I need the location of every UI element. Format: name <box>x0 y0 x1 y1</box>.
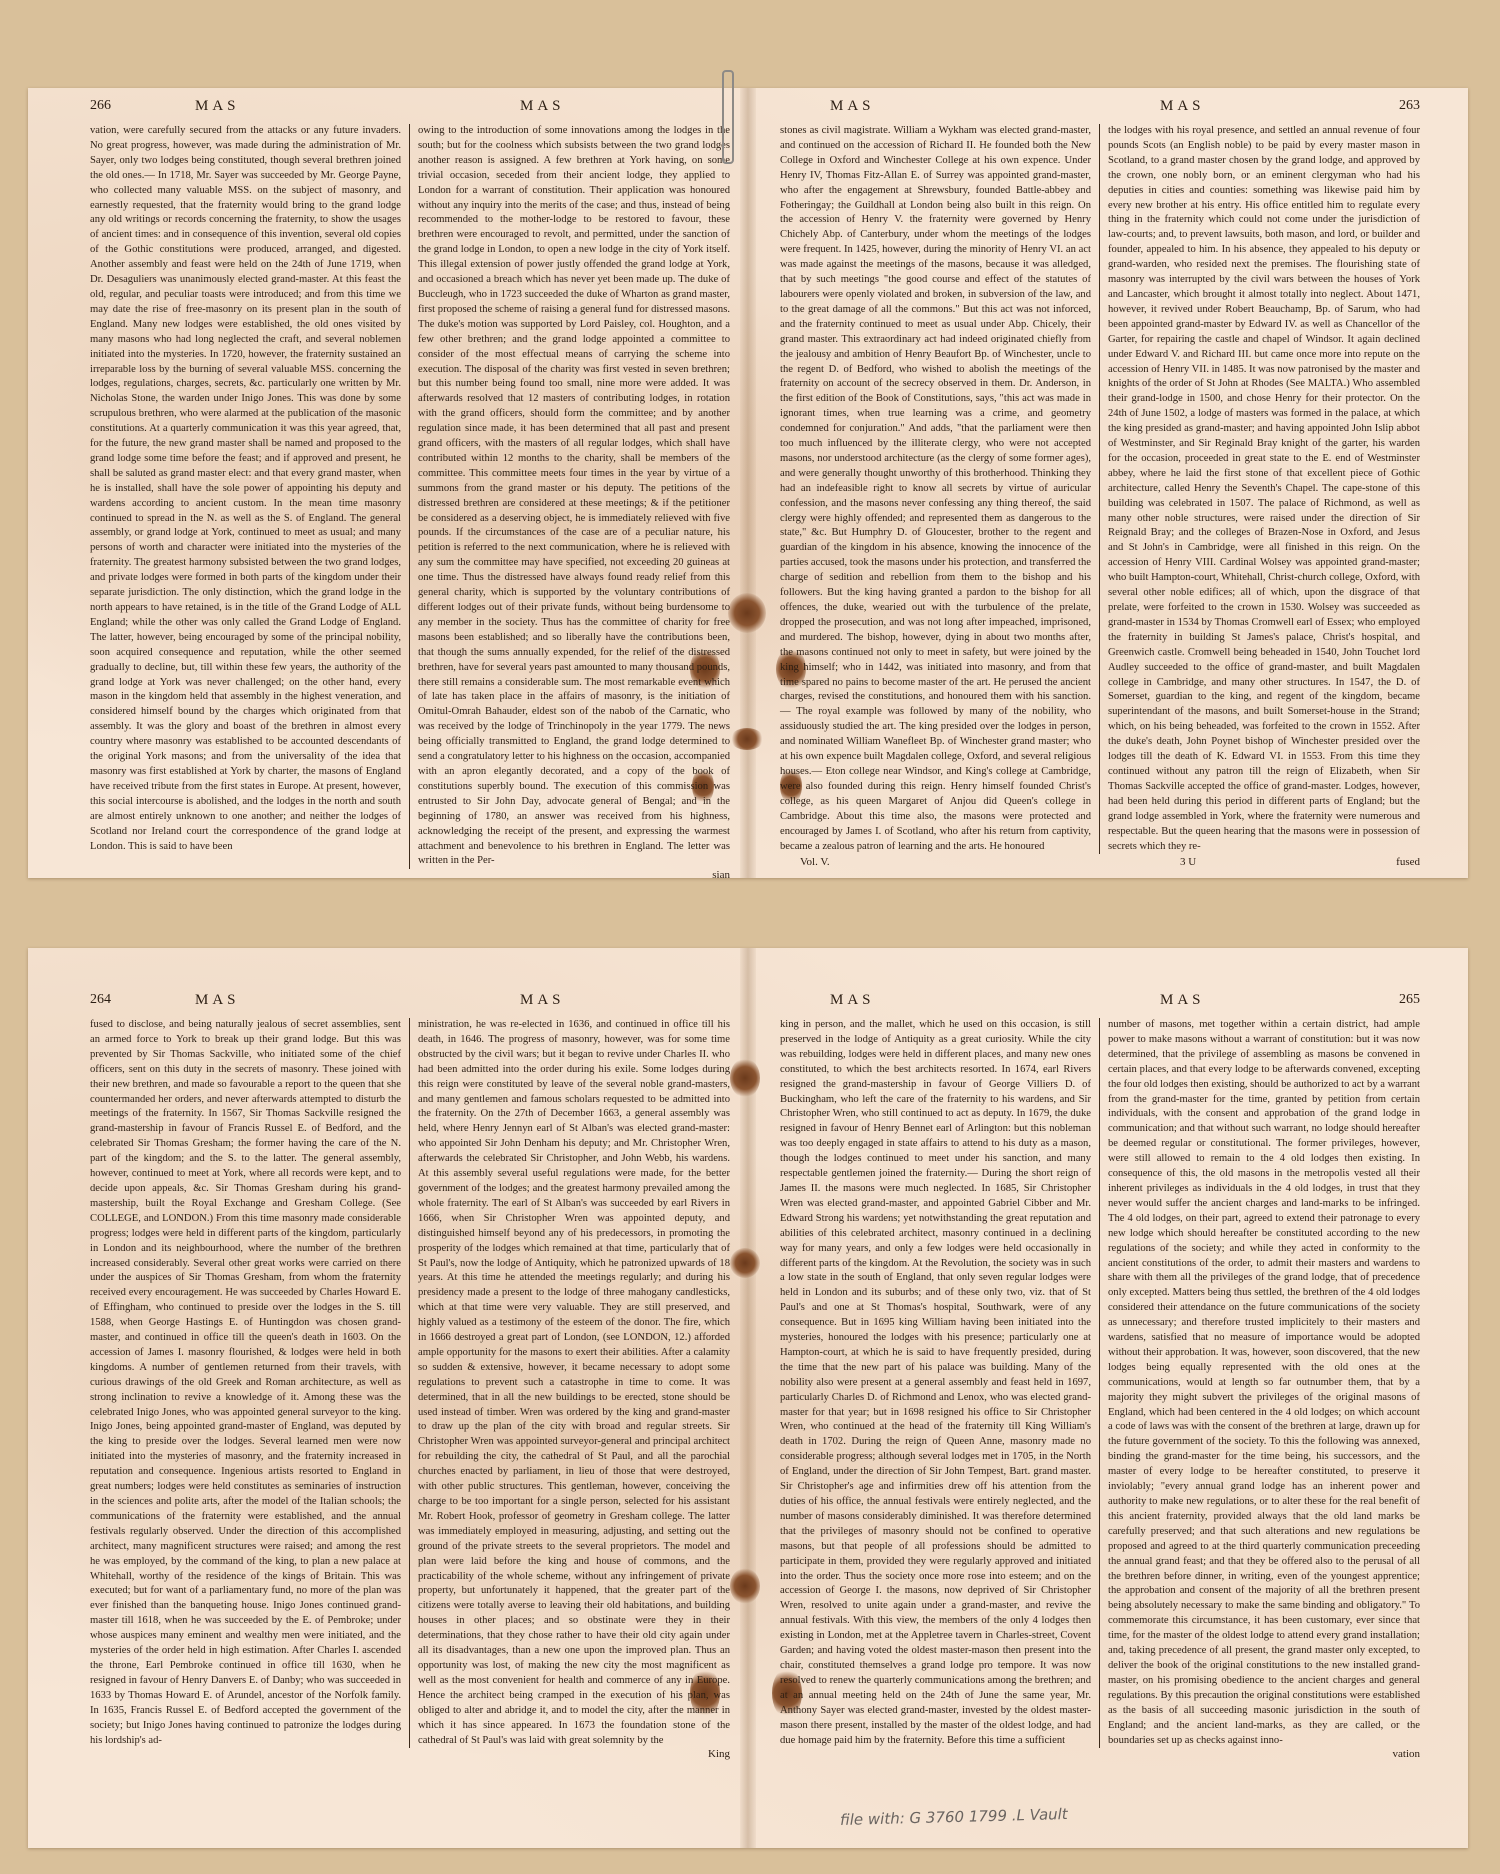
running-head: 264 MAS MAS <box>90 992 730 1018</box>
page-number: 266 <box>90 98 111 114</box>
text-column-1: king in person, and the mallet, which he… <box>780 1018 1100 1748</box>
page-footer: Vol. V. 3 U fused <box>780 856 1420 872</box>
page-266: 266 MAS MAS vation, were carefully secur… <box>90 98 730 878</box>
paper-clip-icon <box>722 70 734 164</box>
binding-stain <box>730 1058 760 1098</box>
binding-stain <box>730 728 764 750</box>
running-head-left: MAS <box>195 992 240 1009</box>
page-265: MAS MAS 265 king in person, and the mall… <box>780 992 1420 1760</box>
text-column-2: number of masons, met together within a … <box>1100 1018 1420 1748</box>
binding-stain <box>730 1248 760 1278</box>
running-head: MAS MAS 263 <box>780 98 1420 124</box>
catchword: fused <box>1396 856 1420 868</box>
running-head-left: MAS <box>195 98 240 115</box>
text-column-2: ministration, he was re-elected in 1636,… <box>410 1018 730 1748</box>
catchword: vation <box>780 1748 1420 1760</box>
text-columns: fused to disclose, and being naturally j… <box>90 1018 730 1748</box>
spread-pages-266-263: 266 MAS MAS vation, were carefully secur… <box>28 88 1468 878</box>
text-column-1: vation, were carefully secured from the … <box>90 124 410 869</box>
text-columns: stones as civil magistrate. William a Wy… <box>780 124 1420 854</box>
catchword: King <box>90 1748 730 1760</box>
text-columns: vation, were carefully secured from the … <box>90 124 730 869</box>
binding-stain <box>730 1568 760 1604</box>
running-head-right: MAS <box>520 992 565 1009</box>
page-number: 265 <box>1399 992 1420 1008</box>
signature-mark: 3 U <box>1180 856 1196 868</box>
running-head-right: MAS <box>1160 98 1205 115</box>
binding-stain <box>728 593 766 633</box>
running-head: MAS MAS 265 <box>780 992 1420 1018</box>
text-column-2: owing to the introduction of some innova… <box>410 124 730 869</box>
page-number: 263 <box>1399 98 1420 114</box>
running-head-left: MAS <box>830 992 875 1009</box>
text-columns: king in person, and the mallet, which he… <box>780 1018 1420 1748</box>
spread-pages-264-265: 264 MAS MAS fused to disclose, and being… <box>28 948 1468 1848</box>
catchword: sian <box>90 869 730 878</box>
running-head-right: MAS <box>520 98 565 115</box>
running-head-right: MAS <box>1160 992 1205 1009</box>
page-number: 264 <box>90 992 111 1008</box>
page-263: MAS MAS 263 stones as civil magistrate. … <box>780 98 1420 872</box>
page-264: 264 MAS MAS fused to disclose, and being… <box>90 992 730 1760</box>
text-column-1: stones as civil magistrate. William a Wy… <box>780 124 1100 854</box>
running-head-left: MAS <box>830 98 875 115</box>
volume-label: Vol. V. <box>800 856 830 868</box>
text-column-1: fused to disclose, and being naturally j… <box>90 1018 410 1748</box>
running-head: 266 MAS MAS <box>90 98 730 124</box>
binding-gutter <box>740 88 756 878</box>
text-column-2: the lodges with his royal presence, and … <box>1100 124 1420 854</box>
